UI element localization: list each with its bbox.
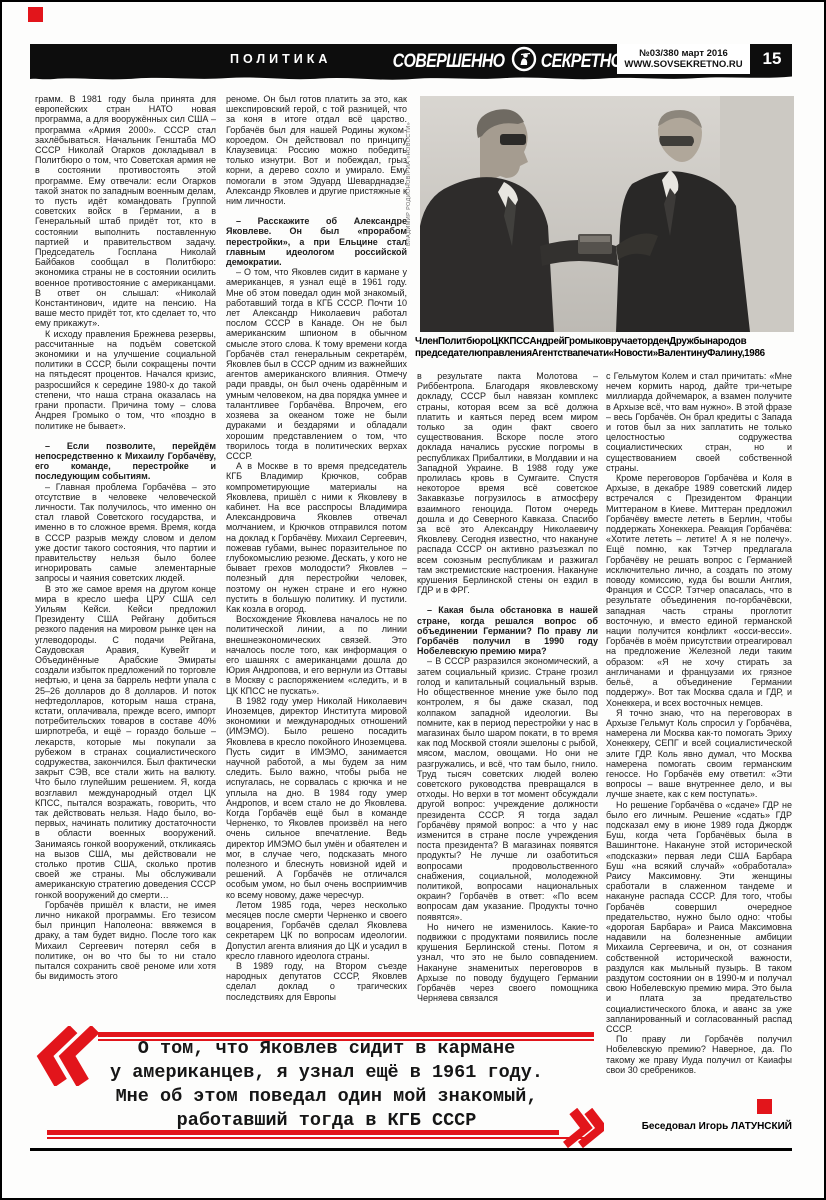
issue-number: №03/380 март 2016 (639, 48, 728, 59)
close-quote-icon (560, 1108, 604, 1153)
quote-rule-top (98, 1032, 594, 1037)
paragraph: Горбачёв пришёл к власти, не имея лично … (35, 900, 216, 982)
bottom-rule (30, 1148, 792, 1151)
paragraph: По праву ли Горбачёв получил Нобелевскую… (606, 1034, 792, 1075)
pull-quote-line: О том, что Яковлев сидит в кармане (74, 1037, 579, 1061)
masthead-logo: СОВЕРШЕННО СЕКРЕТНО (382, 46, 630, 77)
torn-edge-decoration (30, 74, 792, 83)
masthead-word-left: СОВЕРШЕННО (393, 51, 505, 73)
article-column-3: в результате пакта Молотова – Риббентроп… (417, 371, 598, 1024)
paragraph: реноме. Он был готов платить за это, как… (226, 94, 407, 206)
pull-quote-line: Мне об этом поведал один мой знакомый, (74, 1085, 579, 1109)
article-column-1: грамм. В 1981 году была принята для евро… (35, 94, 216, 1026)
article-column-2: реноме. Он был готов платить за это, как… (226, 94, 407, 1026)
photo-caption: Член Политбюро ЦК КПСС Андрей Громыко вр… (415, 336, 795, 359)
paragraph: – Если позволите, перейдём непосредствен… (35, 441, 216, 482)
paragraph: с Гельмутом Колем и стал причитать: «Мне… (606, 371, 792, 473)
header-bar: ПОЛИТИКА СОВЕРШЕННО СЕКРЕТНО №03/380 мар… (30, 44, 792, 74)
paragraph: грамм. В 1981 году была принята для евро… (35, 94, 216, 329)
pull-quote-line: у американцев, я узнал ещё в 1961 году. (74, 1061, 579, 1085)
website-url: WWW.SOVSEKRETNO.RU (624, 59, 742, 70)
paragraph: – Главная проблема Горбачёва – это отсут… (35, 482, 216, 584)
paragraph: – Расскажите об Александре Яковлеве. Он … (226, 216, 407, 267)
paragraph: – О том, что Яковлев сидит в кармане у а… (226, 267, 407, 461)
quote-rule-bottom (47, 1130, 559, 1135)
quote-rule-bottom-thin (47, 1137, 587, 1139)
masthead-word-right: СЕКРЕТНО (541, 51, 623, 73)
paragraph: К исходу правления Брежнева резервы, рас… (35, 329, 216, 431)
photo-credit: ВЛАДИМИР РОДИОНОВ/РИА «НОВОСТИ» (406, 96, 412, 246)
end-of-article-marker (757, 1099, 772, 1114)
paragraph: В это же самое время на другом конце мир… (35, 584, 216, 900)
paragraph: – Какая была обстановка в нашей стране, … (417, 605, 598, 656)
corner-marker (28, 7, 43, 22)
article-column-4: с Гельмутом Колем и стал причитать: «Мне… (606, 371, 792, 1097)
photo (420, 96, 794, 332)
newspaper-page: ПОЛИТИКА СОВЕРШЕННО СЕКРЕТНО №03/380 мар… (0, 0, 826, 1200)
paragraph: в результате пакта Молотова – Риббентроп… (417, 371, 598, 595)
section-title: ПОЛИТИКА (230, 52, 331, 66)
spy-emblem-icon (511, 46, 537, 77)
paragraph: Летом 1985 года, через несколько месяцев… (226, 900, 407, 961)
paragraph: Восхождение Яковлева началось не по поли… (226, 614, 407, 696)
paragraph: Но решение Горбачёва о «сдаче» ГДР не бы… (606, 800, 792, 1035)
paragraph: – В СССР разразился экономический, а зат… (417, 656, 598, 921)
paragraph: А в Москве в то время председатель КГБ В… (226, 461, 407, 614)
paragraph: Я точно знаю, что на переговорах в Архыз… (606, 708, 792, 800)
byline: Беседовал Игорь ЛАТУНСКИЙ (606, 1121, 792, 1132)
issue-box: №03/380 март 2016 WWW.SOVSEKRETNO.RU (617, 44, 750, 74)
paragraph: В 1989 году, на Втором съезде народных д… (226, 961, 407, 1002)
page-number: 15 (752, 44, 792, 74)
pull-quote: О том, что Яковлев сидит в кармане у аме… (74, 1037, 579, 1133)
paragraph: В 1982 году умер Николай Николаевич Иноз… (226, 696, 407, 900)
paragraph: Но ничего не изменилось. Какие-то подвиж… (417, 922, 598, 1004)
paragraph: Кроме переговоров Горбачёва и Коля в Арх… (606, 473, 792, 708)
